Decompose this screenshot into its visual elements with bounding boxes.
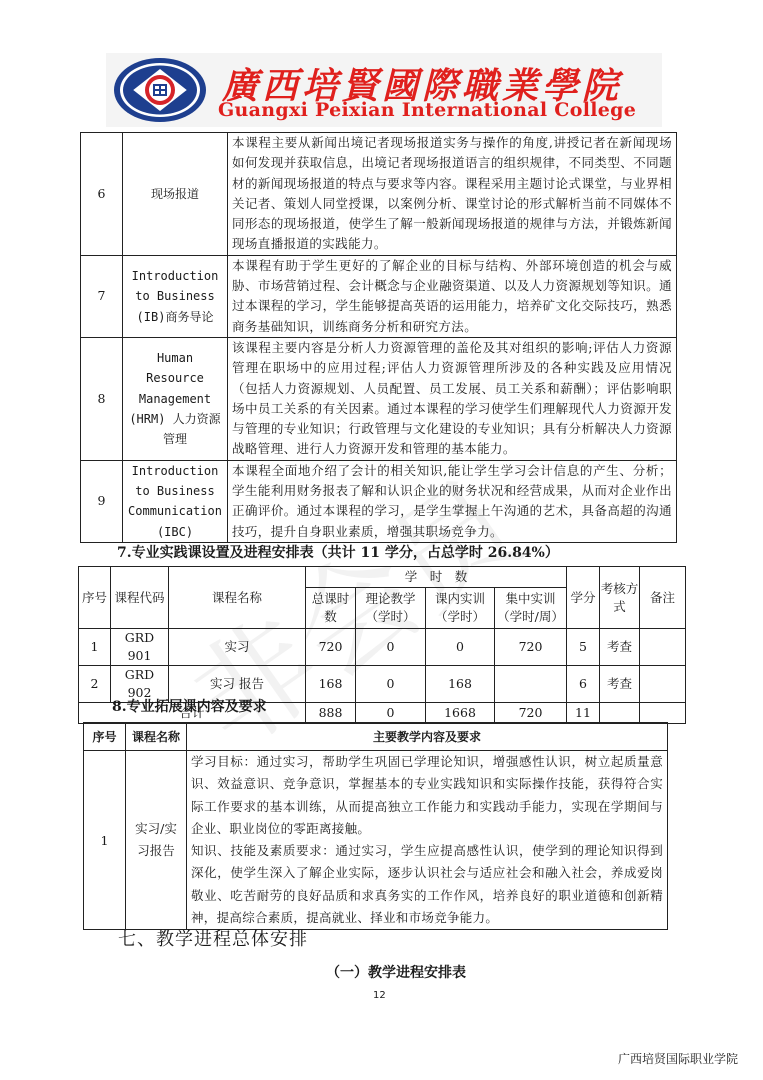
- practice-section-title: 7.专业实践课设置及进程安排表（共计 11 学分，占总学时 26.84%）: [117, 542, 559, 562]
- header-no: 序号: [84, 723, 126, 751]
- learning-goal-text: 学习目标：通过实习，帮助学生巩固已学理论知识，增强感性认识，树立起质量意识、效益…: [191, 751, 663, 840]
- header-hours-group: 学 时 数: [306, 567, 567, 588]
- cell-total: 888: [306, 703, 356, 724]
- cell-name: 实习: [169, 629, 306, 666]
- cell-no: 1: [84, 751, 126, 930]
- brand-name-english: Guangxi Peixian International College: [218, 99, 636, 121]
- section-heading: 七、教学进程总体安排: [118, 925, 308, 951]
- cell-theory: 0: [356, 666, 426, 703]
- cell-inclass: 168: [426, 666, 495, 703]
- extension-section-title: 8.专业拓展课内容及要求: [112, 696, 267, 716]
- cell-total: 168: [306, 666, 356, 703]
- cell-theory: 0: [356, 703, 426, 724]
- row-number: 8: [81, 337, 123, 460]
- cell-name: 实习/实习报告: [126, 751, 187, 930]
- table-row: 6 现场报道 本课程主要从新闻出境记者现场报道实务与操作的角度,讲授记者在新闻现…: [81, 133, 677, 256]
- course-name: 现场报道: [123, 133, 228, 256]
- header-name: 课程名称: [126, 723, 187, 751]
- footer-college-name: 广西培贤国际职业学院: [618, 1050, 738, 1067]
- cell-intensive: 720: [495, 629, 567, 666]
- extension-course-table: 序号 课程名称 主要教学内容及要求 1 实习/实习报告 学习目标：通过实习，帮助…: [83, 722, 668, 930]
- page-number: 12: [373, 990, 386, 1001]
- cell-content: 学习目标：通过实习，帮助学生巩固已学理论知识，增强感性认识，树立起质量意识、效益…: [187, 751, 668, 930]
- header-intensive-hours: 集中实训（学时/周）: [495, 588, 567, 629]
- course-name: Introduction to Business Communication (…: [123, 460, 228, 542]
- table-header-row: 序号 课程名称 主要教学内容及要求: [84, 723, 668, 751]
- header-credit: 学分: [567, 567, 600, 629]
- course-name: Human Resource Management (HRM) 人力资源管理: [123, 337, 228, 460]
- header-total-hours: 总课时数: [306, 588, 356, 629]
- table-header-row: 序号 课程代码 课程名称 学 时 数 学分 考核方式 备注: [79, 567, 686, 588]
- cell-inclass: 0: [426, 629, 495, 666]
- cell-code: GRD 901: [111, 629, 169, 666]
- cell-assess: 考查: [600, 629, 640, 666]
- row-number: 6: [81, 133, 123, 256]
- cell-total: 720: [306, 629, 356, 666]
- course-description: 该课程主要内容是分析人力资源管理的盖伦及其对组织的影响;评估人力资源管理在职场中…: [228, 337, 677, 460]
- cell-no: 2: [79, 666, 111, 703]
- header-no: 序号: [79, 567, 111, 629]
- cell-remark: [640, 666, 686, 703]
- row-number: 9: [81, 460, 123, 542]
- cell-theory: 0: [356, 629, 426, 666]
- course-name: Introduction to Business (IB)商务导论: [123, 255, 228, 337]
- course-description-table: 6 现场报道 本课程主要从新闻出境记者现场报道实务与操作的角度,讲授记者在新闻现…: [80, 132, 677, 543]
- cell-inclass: 1668: [426, 703, 495, 724]
- cell-assess: [600, 703, 640, 724]
- cell-remark: [640, 703, 686, 724]
- table-row: 9 Introduction to Business Communication…: [81, 460, 677, 542]
- cell-credit: 11: [567, 703, 600, 724]
- header-theory-hours: 理论教学（学时）: [356, 588, 426, 629]
- header-name: 课程名称: [169, 567, 306, 629]
- course-description: 本课程主要从新闻出境记者现场报道实务与操作的角度,讲授记者在新闻现场如何发现并获…: [228, 133, 677, 256]
- cell-intensive: [495, 666, 567, 703]
- cell-no: 1: [79, 629, 111, 666]
- subsection-heading: （一）教学进程安排表: [326, 962, 466, 982]
- table-row: 1 实习/实习报告 学习目标：通过实习，帮助学生巩固已学理论知识，增强感性认识，…: [84, 751, 668, 930]
- header-content: 主要教学内容及要求: [187, 723, 668, 751]
- table-row: 8 Human Resource Management (HRM) 人力资源管理…: [81, 337, 677, 460]
- course-description: 本课程有助于学生更好的了解企业的目标与结构、外部环境创造的机会与威胁、市场营销过…: [228, 255, 677, 337]
- table-row: 1 GRD 901 实习 720 0 0 720 5 考查: [79, 629, 686, 666]
- cell-intensive: 720: [495, 703, 567, 724]
- cell-credit: 5: [567, 629, 600, 666]
- row-number: 7: [81, 255, 123, 337]
- college-logo-icon: [112, 56, 208, 124]
- cell-credit: 6: [567, 666, 600, 703]
- cell-assess: 考查: [600, 666, 640, 703]
- header-inclass-hours: 课内实训（学时）: [426, 588, 495, 629]
- table-row: 7 Introduction to Business (IB)商务导论 本课程有…: [81, 255, 677, 337]
- header-remark: 备注: [640, 567, 686, 629]
- header-assess: 考核方式: [600, 567, 640, 629]
- cell-remark: [640, 629, 686, 666]
- header-code: 课程代码: [111, 567, 169, 629]
- course-description: 本课程全面地介绍了会计的相关知识,能让学生学习会计信息的产生、分析；学生能利用财…: [228, 460, 677, 542]
- requirements-text: 知识、技能及素质要求：通过实习，学生应提高感性认识，使学到的理论知识得到深化，使…: [191, 840, 663, 929]
